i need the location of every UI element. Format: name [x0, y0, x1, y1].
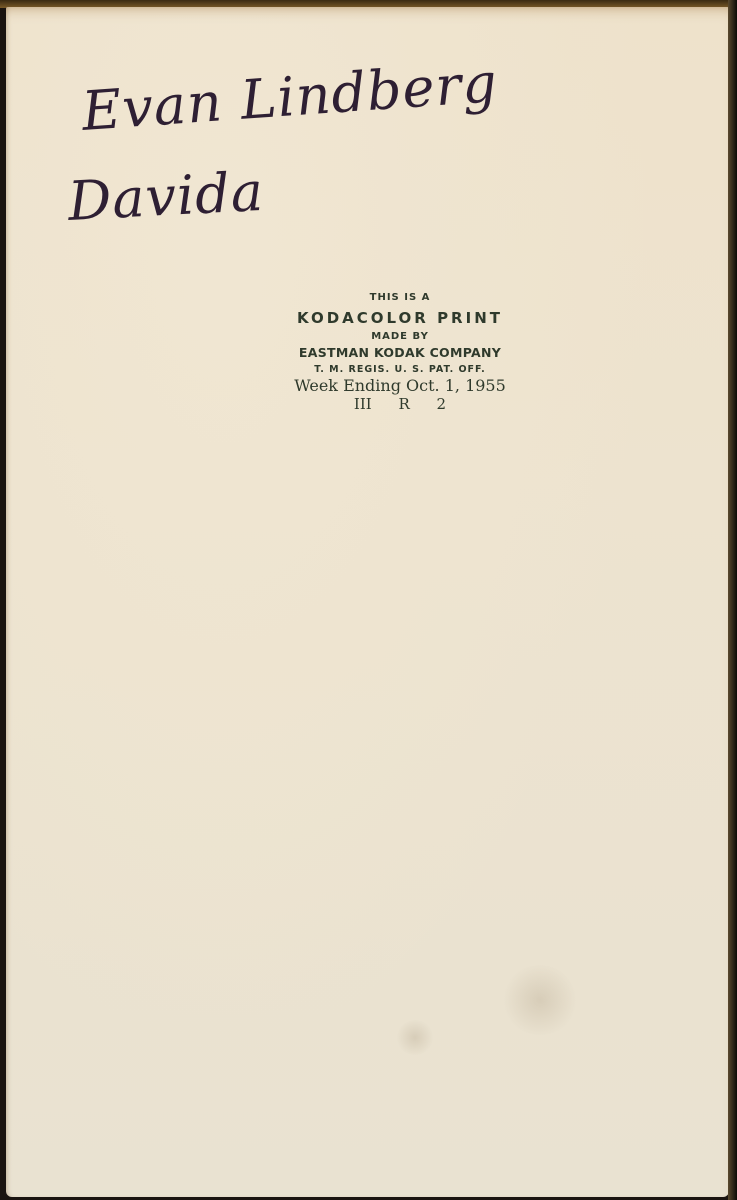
stamp-line-trademark: T. M. REGIS. U. S. PAT. OFF. — [250, 364, 550, 375]
stain-smudge — [500, 965, 580, 1035]
stain-smudge — [395, 1020, 435, 1055]
right-border — [728, 0, 737, 1200]
stamp-line-company: EASTMAN KODAK COMPANY — [250, 345, 550, 360]
kodak-stamp: THIS IS A KODACOLOR PRINT MADE BY EASTMA… — [250, 290, 550, 413]
stamp-line: THIS IS A — [250, 292, 550, 303]
stamp-line: MADE BY — [250, 331, 550, 342]
handwritten-name-second: Davida — [66, 160, 265, 233]
stamp-line-kodacolor: KODACOLOR PRINT — [250, 309, 550, 327]
stamp-line-date: Week Ending Oct. 1, 1955 — [250, 376, 550, 395]
stamp-line-code: III R 2 — [250, 395, 550, 413]
